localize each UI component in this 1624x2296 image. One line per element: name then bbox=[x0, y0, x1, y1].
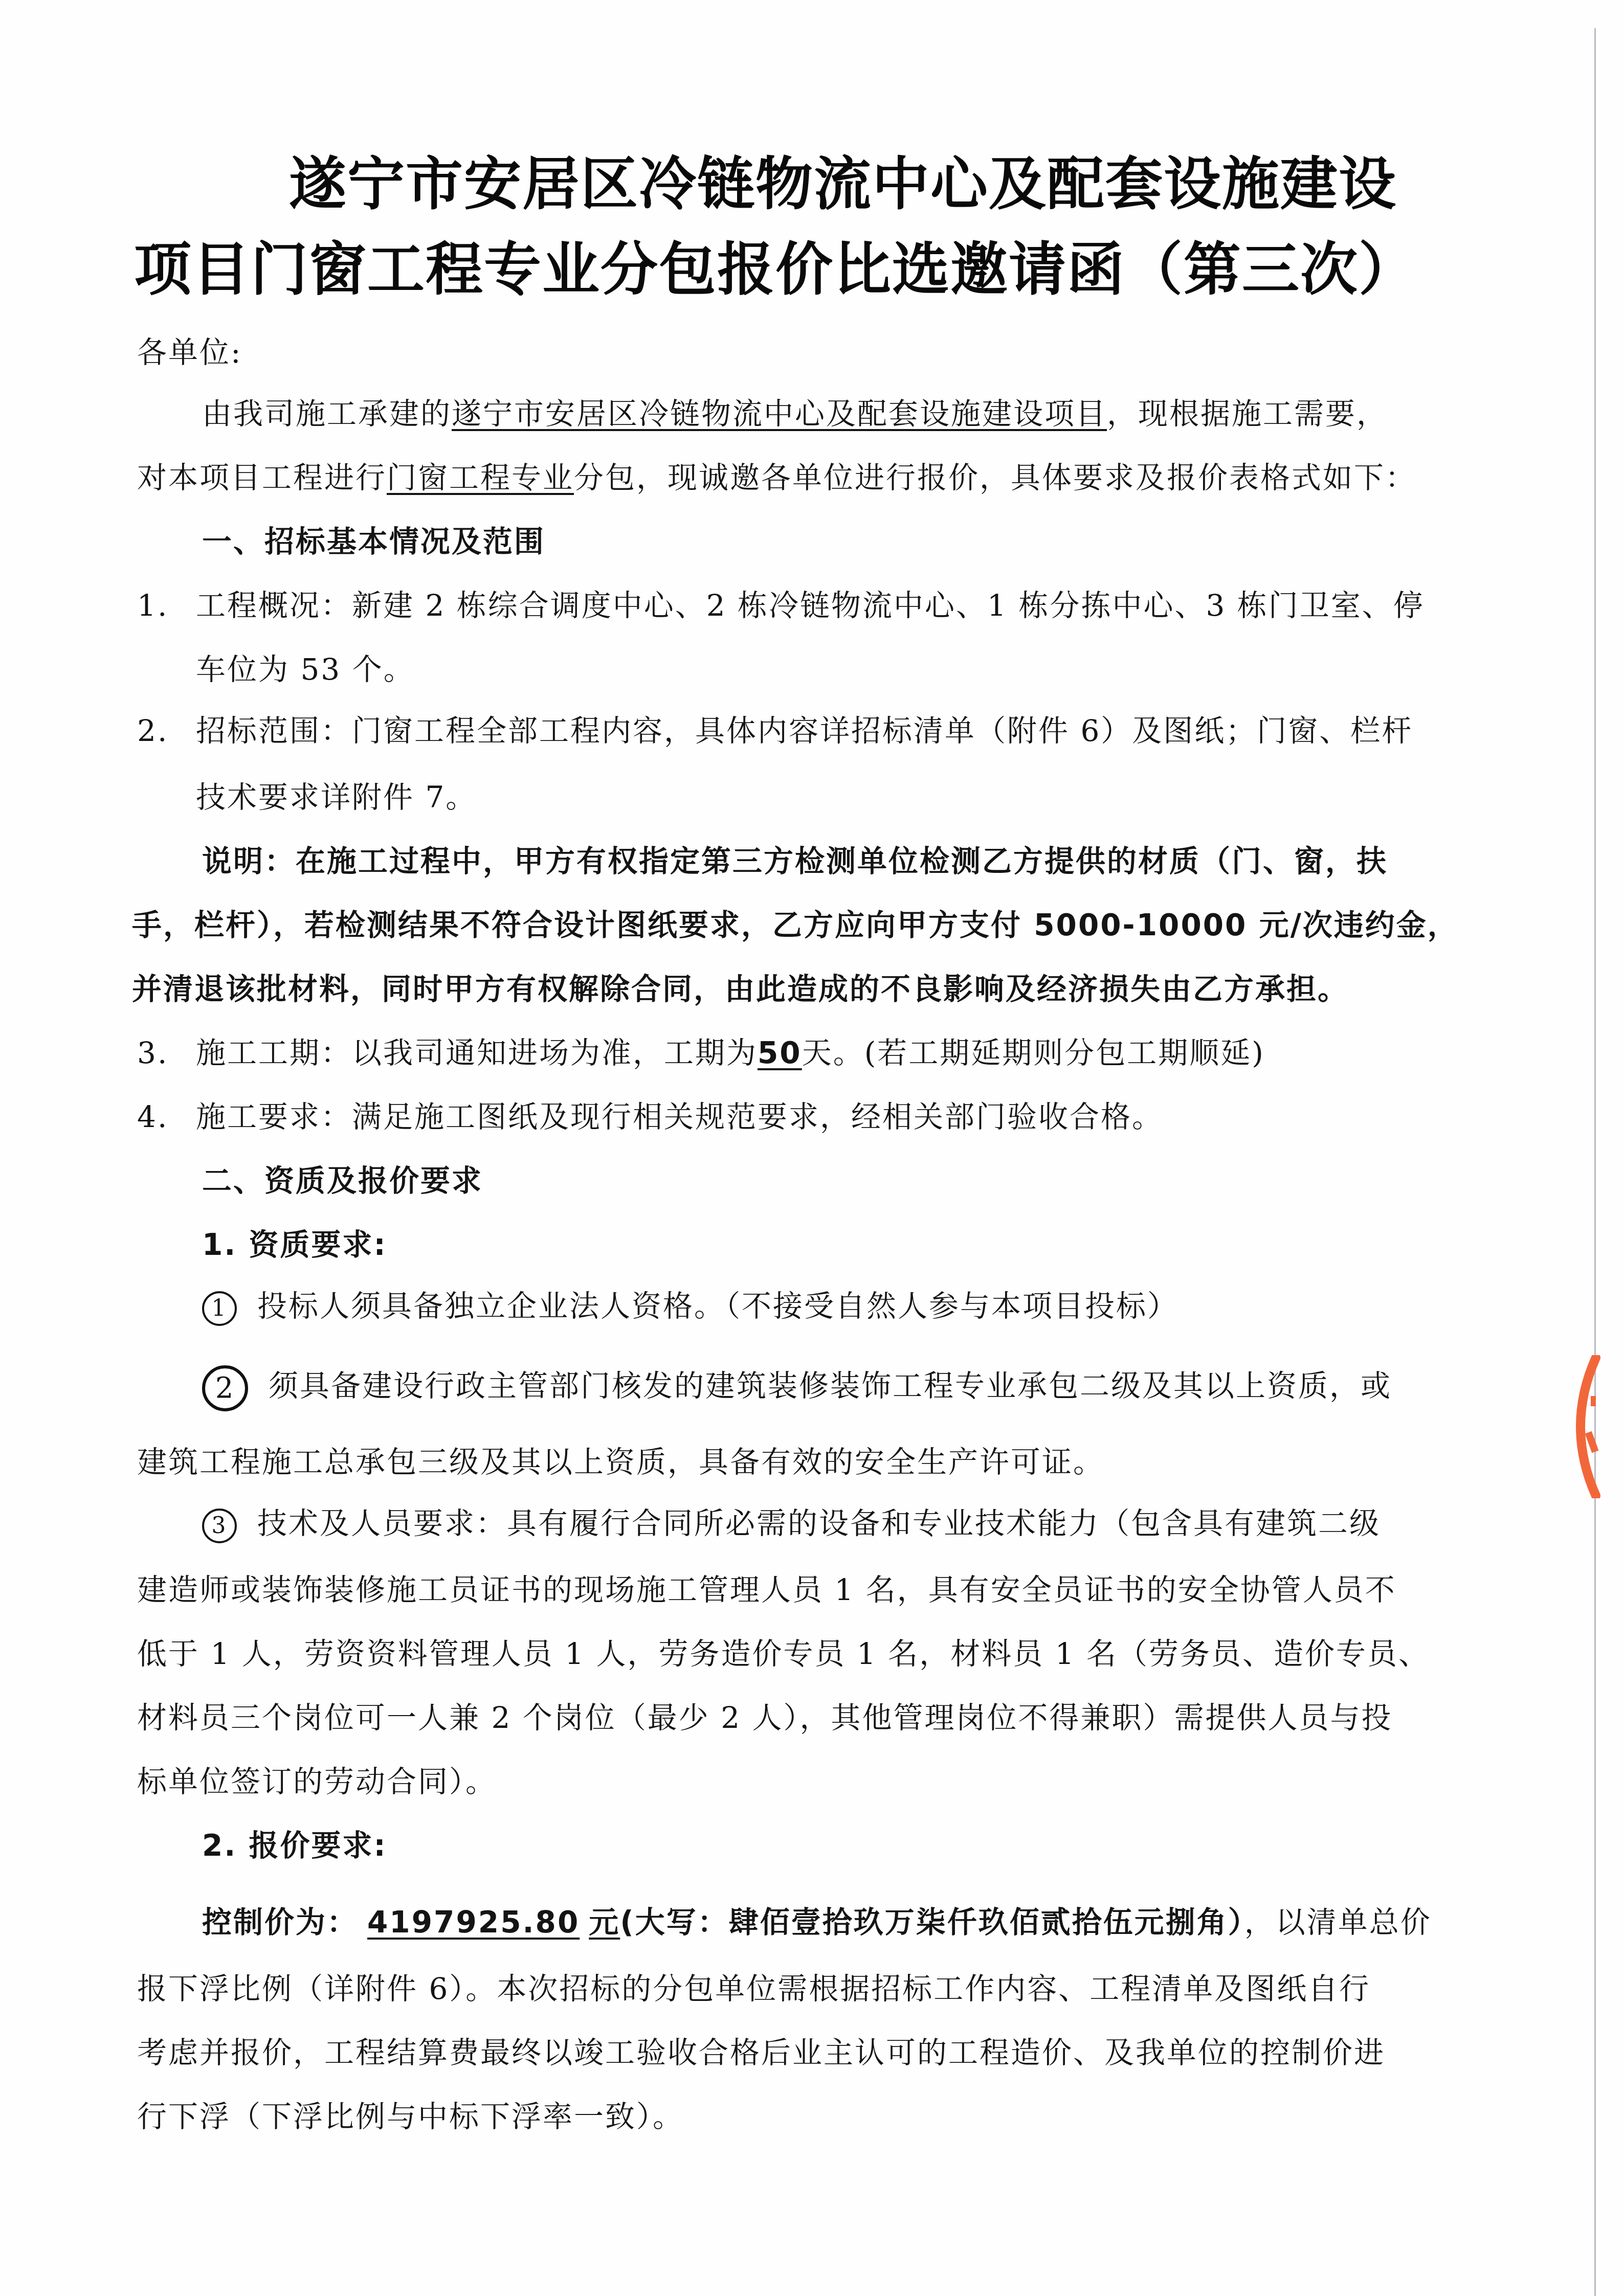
requirement-text: 技术及人员要求：具有履行合同所必需的设备和专业技术能力（包含具有建筑二级 bbox=[257, 1506, 1381, 1541]
control-price-tail: ，以清单总价 bbox=[1244, 1905, 1432, 1940]
intro-text: 由我司施工承建的 bbox=[202, 396, 452, 431]
company-seal-stamp bbox=[1565, 1355, 1624, 1498]
control-price-value: 4197925.80 bbox=[358, 1905, 589, 1940]
requirement-2-line-1: 2须具备建设行政主管部门核发的建筑装修装饰工程专业承包二级及其以上资质，或 bbox=[202, 1365, 1392, 1411]
seal-arc-icon bbox=[1565, 1355, 1624, 1498]
intro-text: ，现根据施工需要， bbox=[1107, 396, 1388, 431]
item-number: 4. bbox=[137, 1102, 196, 1132]
item-text: 施工工期：以我司通知进场为准，工期为 bbox=[196, 1036, 758, 1070]
item-number: 1. bbox=[137, 591, 196, 620]
pricing-line-3: 考虑并报价，工程结算费最终以竣工验收合格后业主认可的工程造价、及我单位的控制价进 bbox=[137, 2038, 1385, 2067]
item-4: 4.施工要求：满足施工图纸及现行相关规范要求，经相关部门验收合格。 bbox=[137, 1102, 1163, 1132]
item-text: 招标范围：门窗工程全部工程内容，具体内容详招标清单（附件 6）及图纸；门窗、栏杆 bbox=[196, 713, 1413, 748]
document-page: 遂宁市安居区冷链物流中心及配套设施建设 项目门窗工程专业分包报价比选邀请函（第三… bbox=[0, 0, 1624, 2296]
salutation: 各单位: bbox=[137, 337, 242, 367]
control-price-unit: 元 bbox=[589, 1905, 620, 1940]
intro-text: 分包，现诚邀各单位进行报价，具体要求及报价表格式如下： bbox=[574, 460, 1416, 495]
requirement-text: 须具备建设行政主管部门核发的建筑装修装饰工程专业承包二级及其以上资质，或 bbox=[269, 1368, 1392, 1403]
title-line-2: 项目门窗工程专业分包报价比选邀请函（第三次） bbox=[134, 241, 1417, 299]
circled-number-2: 2 bbox=[202, 1365, 248, 1411]
requirement-3-line-1: 3技术及人员要求：具有履行合同所必需的设备和专业技术能力（包含具有建筑二级 bbox=[202, 1509, 1381, 1543]
section-1-heading: 一、招标基本情况及范围 bbox=[202, 527, 545, 556]
control-price-label: 控制价为： bbox=[202, 1905, 358, 1940]
control-price-words: (大写：肆佰壹拾玖万柒仟玖佰贰拾伍元捌角） bbox=[620, 1905, 1244, 1940]
requirement-text: 投标人须具备独立企业法人资格。（不接受自然人参与本项目投标） bbox=[257, 1289, 1178, 1323]
duration-days: 50 bbox=[758, 1036, 802, 1070]
item-2-line-2: 技术要求详附件 7。 bbox=[196, 782, 477, 812]
note-line-3: 并清退该批材料，同时甲方有权解除合同，由此造成的不良影响及经济损失由乙方承担。 bbox=[132, 974, 1349, 1004]
requirement-3-line-2: 建造师或装饰装修施工员证书的现场施工管理人员 1 名，具有安全员证书的安全协管人… bbox=[137, 1575, 1396, 1605]
requirement-3-line-4: 材料员三个岗位可一人兼 2 个岗位（最少 2 人），其他管理岗位不得兼职）需提供… bbox=[137, 1703, 1393, 1732]
control-price-line: 控制价为：4197925.80元(大写：肆佰壹拾玖万柒仟玖佰贰拾伍元捌角），以清… bbox=[202, 1907, 1432, 1937]
intro-paragraph-line-1: 由我司施工承建的遂宁市安居区冷链物流中心及配套设施建设项目，现根据施工需要， bbox=[202, 399, 1388, 429]
pricing-line-4: 行下浮（下浮比例与中标下浮率一致）。 bbox=[137, 2102, 684, 2131]
item-1-line-1: 1.工程概况：新建 2 栋综合调度中心、2 栋冷链物流中心、1 栋分拣中心、3 … bbox=[137, 591, 1425, 620]
requirement-2-line-2: 建筑工程施工总承包三级及其以上资质，具备有效的安全生产许可证。 bbox=[137, 1447, 1104, 1477]
pricing-line-2: 报下浮比例（详附件 6）。本次招标的分包单位需根据招标工作内容、工程清单及图纸自… bbox=[137, 1974, 1370, 2004]
qualification-heading: 1. 资质要求: bbox=[202, 1230, 387, 1259]
section-2-heading: 二、资质及报价要求 bbox=[202, 1166, 483, 1196]
scope-name: 门窗工程专业 bbox=[387, 460, 574, 495]
circled-number-1: 1 bbox=[202, 1291, 237, 1326]
item-text: 施工要求：满足施工图纸及现行相关规范要求，经相关部门验收合格。 bbox=[196, 1099, 1163, 1134]
item-text: 工程概况：新建 2 栋综合调度中心、2 栋冷链物流中心、1 栋分拣中心、3 栋门… bbox=[196, 588, 1425, 623]
note-line-1: 说明：在施工过程中，甲方有权指定第三方检测单位检测乙方提供的材质（门、窗，扶 bbox=[202, 846, 1388, 876]
intro-text: 对本项目工程进行 bbox=[137, 460, 387, 495]
item-1-line-2: 车位为 53 个。 bbox=[196, 655, 415, 684]
item-text: 天。(若工期延期则分包工期顺延) bbox=[802, 1036, 1265, 1070]
pricing-heading: 2. 报价要求: bbox=[202, 1831, 387, 1860]
requirement-3-line-5: 标单位签订的劳动合同）。 bbox=[137, 1767, 497, 1796]
scan-edge-line bbox=[1594, 28, 1596, 2296]
note-line-2: 手，栏杆），若检测结果不符合设计图纸要求，乙方应向甲方支付 5000-10000… bbox=[132, 910, 1459, 940]
item-number: 2. bbox=[137, 716, 196, 746]
project-name: 遂宁市安居区冷链物流中心及配套设施建设项目 bbox=[452, 396, 1107, 431]
requirement-1: 1投标人须具备独立企业法人资格。（不接受自然人参与本项目投标） bbox=[202, 1291, 1178, 1326]
item-3: 3.施工工期：以我司通知进场为准，工期为50天。(若工期延期则分包工期顺延) bbox=[137, 1038, 1265, 1068]
item-number: 3. bbox=[137, 1038, 196, 1068]
circled-number-3: 3 bbox=[202, 1509, 237, 1543]
title-line-1: 遂宁市安居区冷链物流中心及配套设施建设 bbox=[289, 156, 1397, 213]
requirement-3-line-3: 低于 1 人，劳资资料管理人员 1 人，劳务造价专员 1 名，材料员 1 名（劳… bbox=[137, 1639, 1430, 1669]
item-2-line-1: 2.招标范围：门窗工程全部工程内容，具体内容详招标清单（附件 6）及图纸；门窗、… bbox=[137, 716, 1413, 746]
intro-paragraph-line-2: 对本项目工程进行门窗工程专业分包，现诚邀各单位进行报价，具体要求及报价表格式如下… bbox=[137, 463, 1416, 492]
